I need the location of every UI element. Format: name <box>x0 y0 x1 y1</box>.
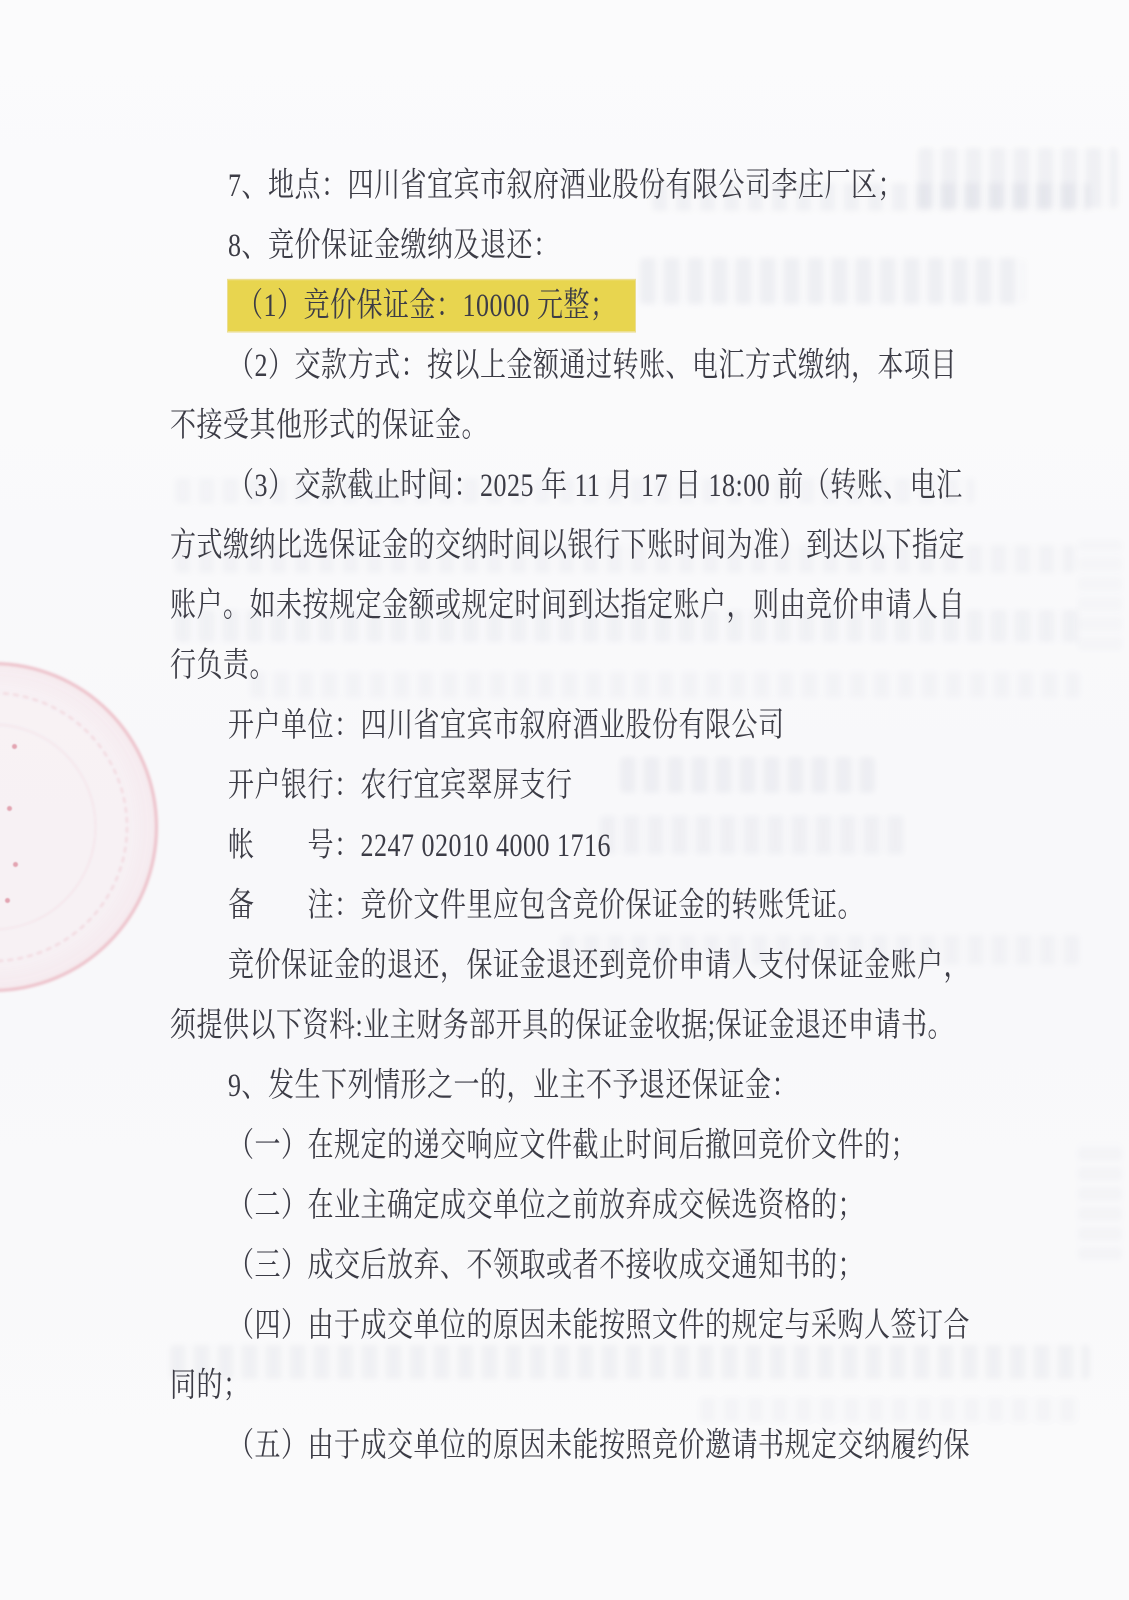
document-line-text: （五）由于成交单位的原因未能按照竞价邀请书规定交纳履约保 <box>228 1418 970 1465</box>
document-line: 须提供以下资料:业主财务部开具的保证金收据;保证金退还申请书。 <box>170 992 962 1052</box>
document-line: （一）在规定的递交响应文件截止时间后撤回竞价文件的； <box>170 1112 962 1172</box>
document-line: 方式缴纳比选保证金的交纳时间以银行下账时间为准）到达以下指定 <box>170 512 962 572</box>
document-line: 8、竞价保证金缴纳及退还： <box>170 212 962 272</box>
document-line-text: 9、发生下列情形之一的，业主不予退还保证金： <box>228 1058 798 1105</box>
document-line: 9、发生下列情形之一的，业主不予退还保证金： <box>170 1052 962 1112</box>
document-line: 开户单位：四川省宜宾市叙府酒业股份有限公司 <box>170 692 962 752</box>
document-line: （四）由于成交单位的原因未能按照文件的规定与采购人签订合 <box>170 1292 962 1352</box>
document-line: 备 注：竞价文件里应包含竞价保证金的转账凭证。 <box>170 872 962 932</box>
document-line-text: 备 注：竞价文件里应包含竞价保证金的转账凭证。 <box>228 878 864 925</box>
document-line-text: 同的； <box>170 1358 250 1405</box>
document-line-text: 竞价保证金的退还，保证金退还到竞价申请人支付保证金账户， <box>228 938 970 985</box>
document-line-text: 须提供以下资料:业主财务部开具的保证金收据;保证金退还申请书。 <box>170 998 954 1045</box>
red-seal-inner-ring <box>0 724 96 930</box>
red-seal-speck <box>12 744 17 749</box>
document-line: （五）由于成交单位的原因未能按照竞价邀请书规定交纳履约保 <box>170 1412 962 1472</box>
document-line-text: （四）由于成交单位的原因未能按照文件的规定与采购人签订合 <box>228 1298 970 1345</box>
red-seal-speck <box>7 806 12 811</box>
document-line: 帐 号：2247 02010 4000 1716 <box>170 812 962 872</box>
red-seal-speck <box>5 898 10 903</box>
document-line-text: 开户单位：四川省宜宾市叙府酒业股份有限公司 <box>228 698 785 745</box>
scanned-document-page: 7、地点：四川省宜宾市叙府酒业股份有限公司李庄厂区；8、竞价保证金缴纳及退还：（… <box>0 0 1129 1600</box>
document-line: 行负责。 <box>170 632 962 692</box>
document-line: （3）交款截止时间：2025 年 11 月 17 日 18:00 前（转账、电汇 <box>170 452 962 512</box>
document-line-text: （2）交款方式：按以上金额通过转账、电汇方式缴纳，本项目 <box>228 338 957 385</box>
document-line: 账户。如未按规定金额或规定时间到达指定账户，则由竞价申请人自 <box>170 572 962 632</box>
document-line-text: 账户。如未按规定金额或规定时间到达指定账户，则由竞价申请人自 <box>170 578 965 625</box>
red-seal-stamp-partial <box>0 662 158 992</box>
highlight-marker: （1）竞价保证金：10000 元整； <box>228 280 635 331</box>
document-line: 不接受其他形式的保证金。 <box>170 392 962 452</box>
document-line: 开户银行：农行宜宾翠屏支行 <box>170 752 962 812</box>
document-line-text: 不接受其他形式的保证金。 <box>170 398 488 445</box>
document-line-text: （3）交款截止时间：2025 年 11 月 17 日 18:00 前（转账、电汇 <box>228 458 963 505</box>
document-line: （2）交款方式：按以上金额通过转账、电汇方式缴纳，本项目 <box>170 332 962 392</box>
document-line: （三）成交后放弃、不领取或者不接收成交通知书的； <box>170 1232 962 1292</box>
document-line-text: 行负责。 <box>170 638 276 685</box>
document-line-text: （三）成交后放弃、不领取或者不接收成交通知书的； <box>228 1238 864 1285</box>
bleed-through-ghost <box>1078 1140 1122 1260</box>
document-line-text: （1）竞价保证金：10000 元整； <box>228 278 635 325</box>
document-line-highlighted: （1）竞价保证金：10000 元整； <box>170 272 962 332</box>
bleed-through-ghost <box>1078 540 1122 650</box>
document-line: 同的； <box>170 1352 962 1412</box>
document-line: （二）在业主确定成交单位之前放弃成交候选资格的； <box>170 1172 962 1232</box>
document-line-text: （二）在业主确定成交单位之前放弃成交候选资格的； <box>228 1178 864 1225</box>
document-line-text: （一）在规定的递交响应文件截止时间后撤回竞价文件的； <box>228 1118 917 1165</box>
document-line-text: 7、地点：四川省宜宾市叙府酒业股份有限公司李庄厂区； <box>228 158 904 205</box>
document-body: 7、地点：四川省宜宾市叙府酒业股份有限公司李庄厂区；8、竞价保证金缴纳及退还：（… <box>170 152 962 1472</box>
document-line-text: 8、竞价保证金缴纳及退还： <box>228 218 560 265</box>
document-line-text: 帐 号：2247 02010 4000 1716 <box>228 818 611 865</box>
document-line-text: 方式缴纳比选保证金的交纳时间以银行下账时间为准）到达以下指定 <box>170 518 965 565</box>
document-line: 7、地点：四川省宜宾市叙府酒业股份有限公司李庄厂区； <box>170 152 962 212</box>
red-seal-inner-ring <box>0 692 128 962</box>
document-line-text: 开户银行：农行宜宾翠屏支行 <box>228 758 573 805</box>
document-line: 竞价保证金的退还，保证金退还到竞价申请人支付保证金账户， <box>170 932 962 992</box>
red-seal-speck <box>13 862 18 867</box>
red-seal-outer-ring <box>0 662 158 992</box>
